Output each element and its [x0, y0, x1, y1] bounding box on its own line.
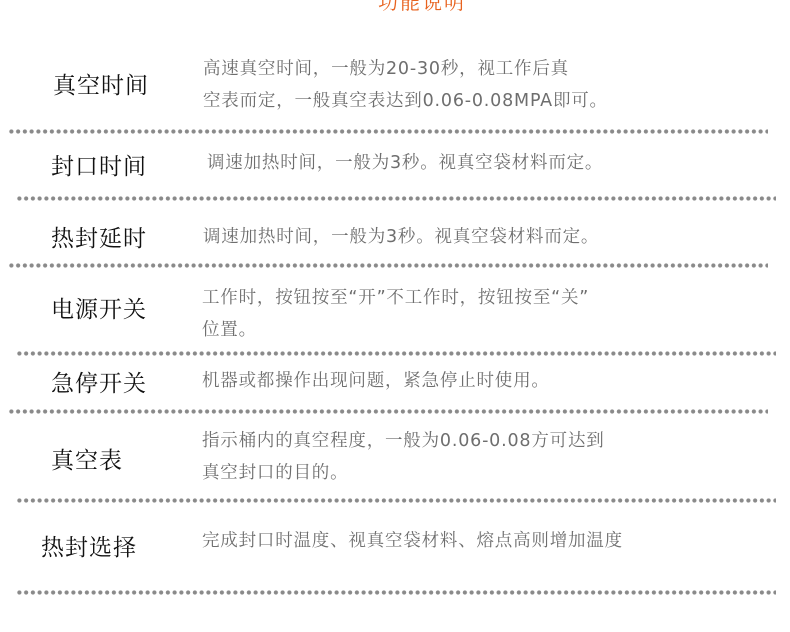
row-desc-power-switch: 工作时，按钮按至“开”不工作时，按钮按至“关” 位置。: [202, 282, 589, 346]
desc-line: 空表而定，一般真空表达到0.06-0.08MPA即可。: [203, 85, 608, 117]
row-label-seal-time: 封口时间: [51, 148, 147, 181]
row-label-emergency-stop: 急停开关: [51, 365, 147, 398]
desc-line: 工作时，按钮按至“开”不工作时，按钮按至“关”: [202, 282, 589, 314]
desc-line: 完成封口时温度、视真空袋材料、熔点高则增加温度: [202, 525, 623, 557]
dotted-divider: [16, 590, 776, 595]
desc-line: 指示桶内的真空程度，一般为0.06-0.08方可达到: [202, 425, 605, 457]
dotted-divider: [8, 263, 768, 268]
dotted-divider: [16, 351, 776, 356]
row-desc-vacuum-gauge: 指示桶内的真空程度，一般为0.06-0.08方可达到 真空封口的目的。: [202, 425, 605, 489]
desc-line: 调速加热时间，一般为3秒。视真空袋材料而定。: [203, 221, 599, 253]
row-desc-heat-seal-delay: 调速加热时间，一般为3秒。视真空袋材料而定。: [203, 221, 599, 253]
dotted-divider: [8, 129, 768, 134]
row-label-heat-seal-select: 热封选择: [41, 529, 137, 562]
desc-line: 机器或都操作出现问题，紧急停止时使用。: [202, 365, 550, 397]
row-desc-emergency-stop: 机器或都操作出现问题，紧急停止时使用。: [202, 365, 550, 397]
row-desc-seal-time: 调速加热时间，一般为3秒。视真空袋材料而定。: [207, 147, 603, 179]
dotted-divider: [16, 196, 776, 201]
desc-line: 位置。: [202, 314, 589, 346]
row-label-vacuum-gauge: 真空表: [51, 442, 123, 475]
row-desc-heat-seal-select: 完成封口时温度、视真空袋材料、熔点高则增加温度: [202, 525, 623, 557]
page-heading: 功能说明: [378, 0, 466, 15]
row-desc-vacuum-time: 高速真空时间，一般为20-30秒，视工作后真 空表而定，一般真空表达到0.06-…: [203, 53, 608, 117]
desc-line: 真空封口的目的。: [202, 457, 605, 489]
row-label-heat-seal-delay: 热封延时: [51, 220, 147, 253]
row-label-power-switch: 电源开关: [51, 291, 147, 324]
dotted-divider: [8, 409, 768, 414]
dotted-divider: [16, 498, 776, 503]
desc-line: 高速真空时间，一般为20-30秒，视工作后真: [203, 53, 608, 85]
row-label-vacuum-time: 真空时间: [53, 67, 149, 100]
desc-line: 调速加热时间，一般为3秒。视真空袋材料而定。: [207, 147, 603, 179]
